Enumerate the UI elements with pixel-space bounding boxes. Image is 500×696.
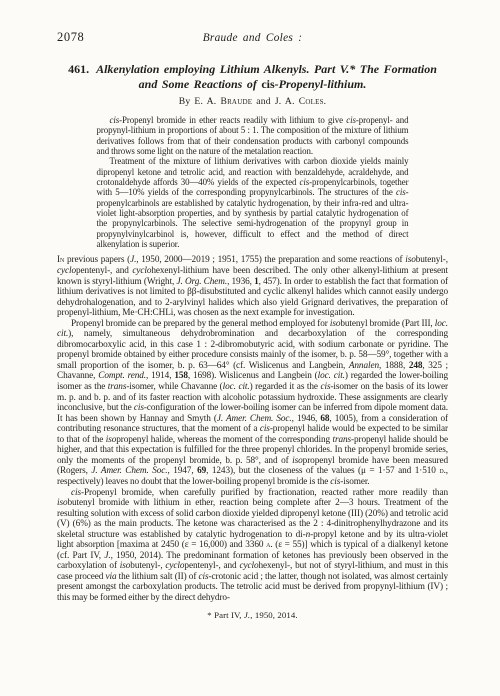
running-title: Braude and Coles : xyxy=(91,32,414,44)
journal-page: 2078 Braude and Coles : 461.Alkenylation… xyxy=(0,0,500,696)
body-paragraph-2: Propenyl bromide can be prepared by the … xyxy=(57,319,448,488)
article-title-cis-prefix: cis xyxy=(261,77,274,91)
body-paragraph-3: cis-Propenyl bromide, when carefully pur… xyxy=(57,488,448,604)
article-title-tail: -Propenyl-lithium. xyxy=(275,77,367,91)
abstract-paragraph-1: cis-Propenyl bromide in ether reacts rea… xyxy=(97,115,409,156)
title-block: 461.Alkenylation employing Lithium Alken… xyxy=(61,62,445,107)
article-number: 461. xyxy=(68,62,89,76)
article-title: 461.Alkenylation employing Lithium Alken… xyxy=(61,62,445,91)
byline: By E. A. Braude and J. A. Coles. xyxy=(61,96,445,107)
footnote: * Part IV, J., 1950, 2014. xyxy=(57,610,448,620)
abstract: cis-Propenyl bromide in ether reacts rea… xyxy=(97,115,409,249)
page-number: 2078 xyxy=(57,30,91,45)
article-body: In previous papers (J., 1950, 2000—2019 … xyxy=(57,255,448,603)
body-paragraph-1: In previous papers (J., 1950, 2000—2019 … xyxy=(57,255,448,318)
abstract-paragraph-2: Treatment of the mixture of lithium deri… xyxy=(97,156,409,249)
running-head: 2078 Braude and Coles : xyxy=(57,30,448,45)
